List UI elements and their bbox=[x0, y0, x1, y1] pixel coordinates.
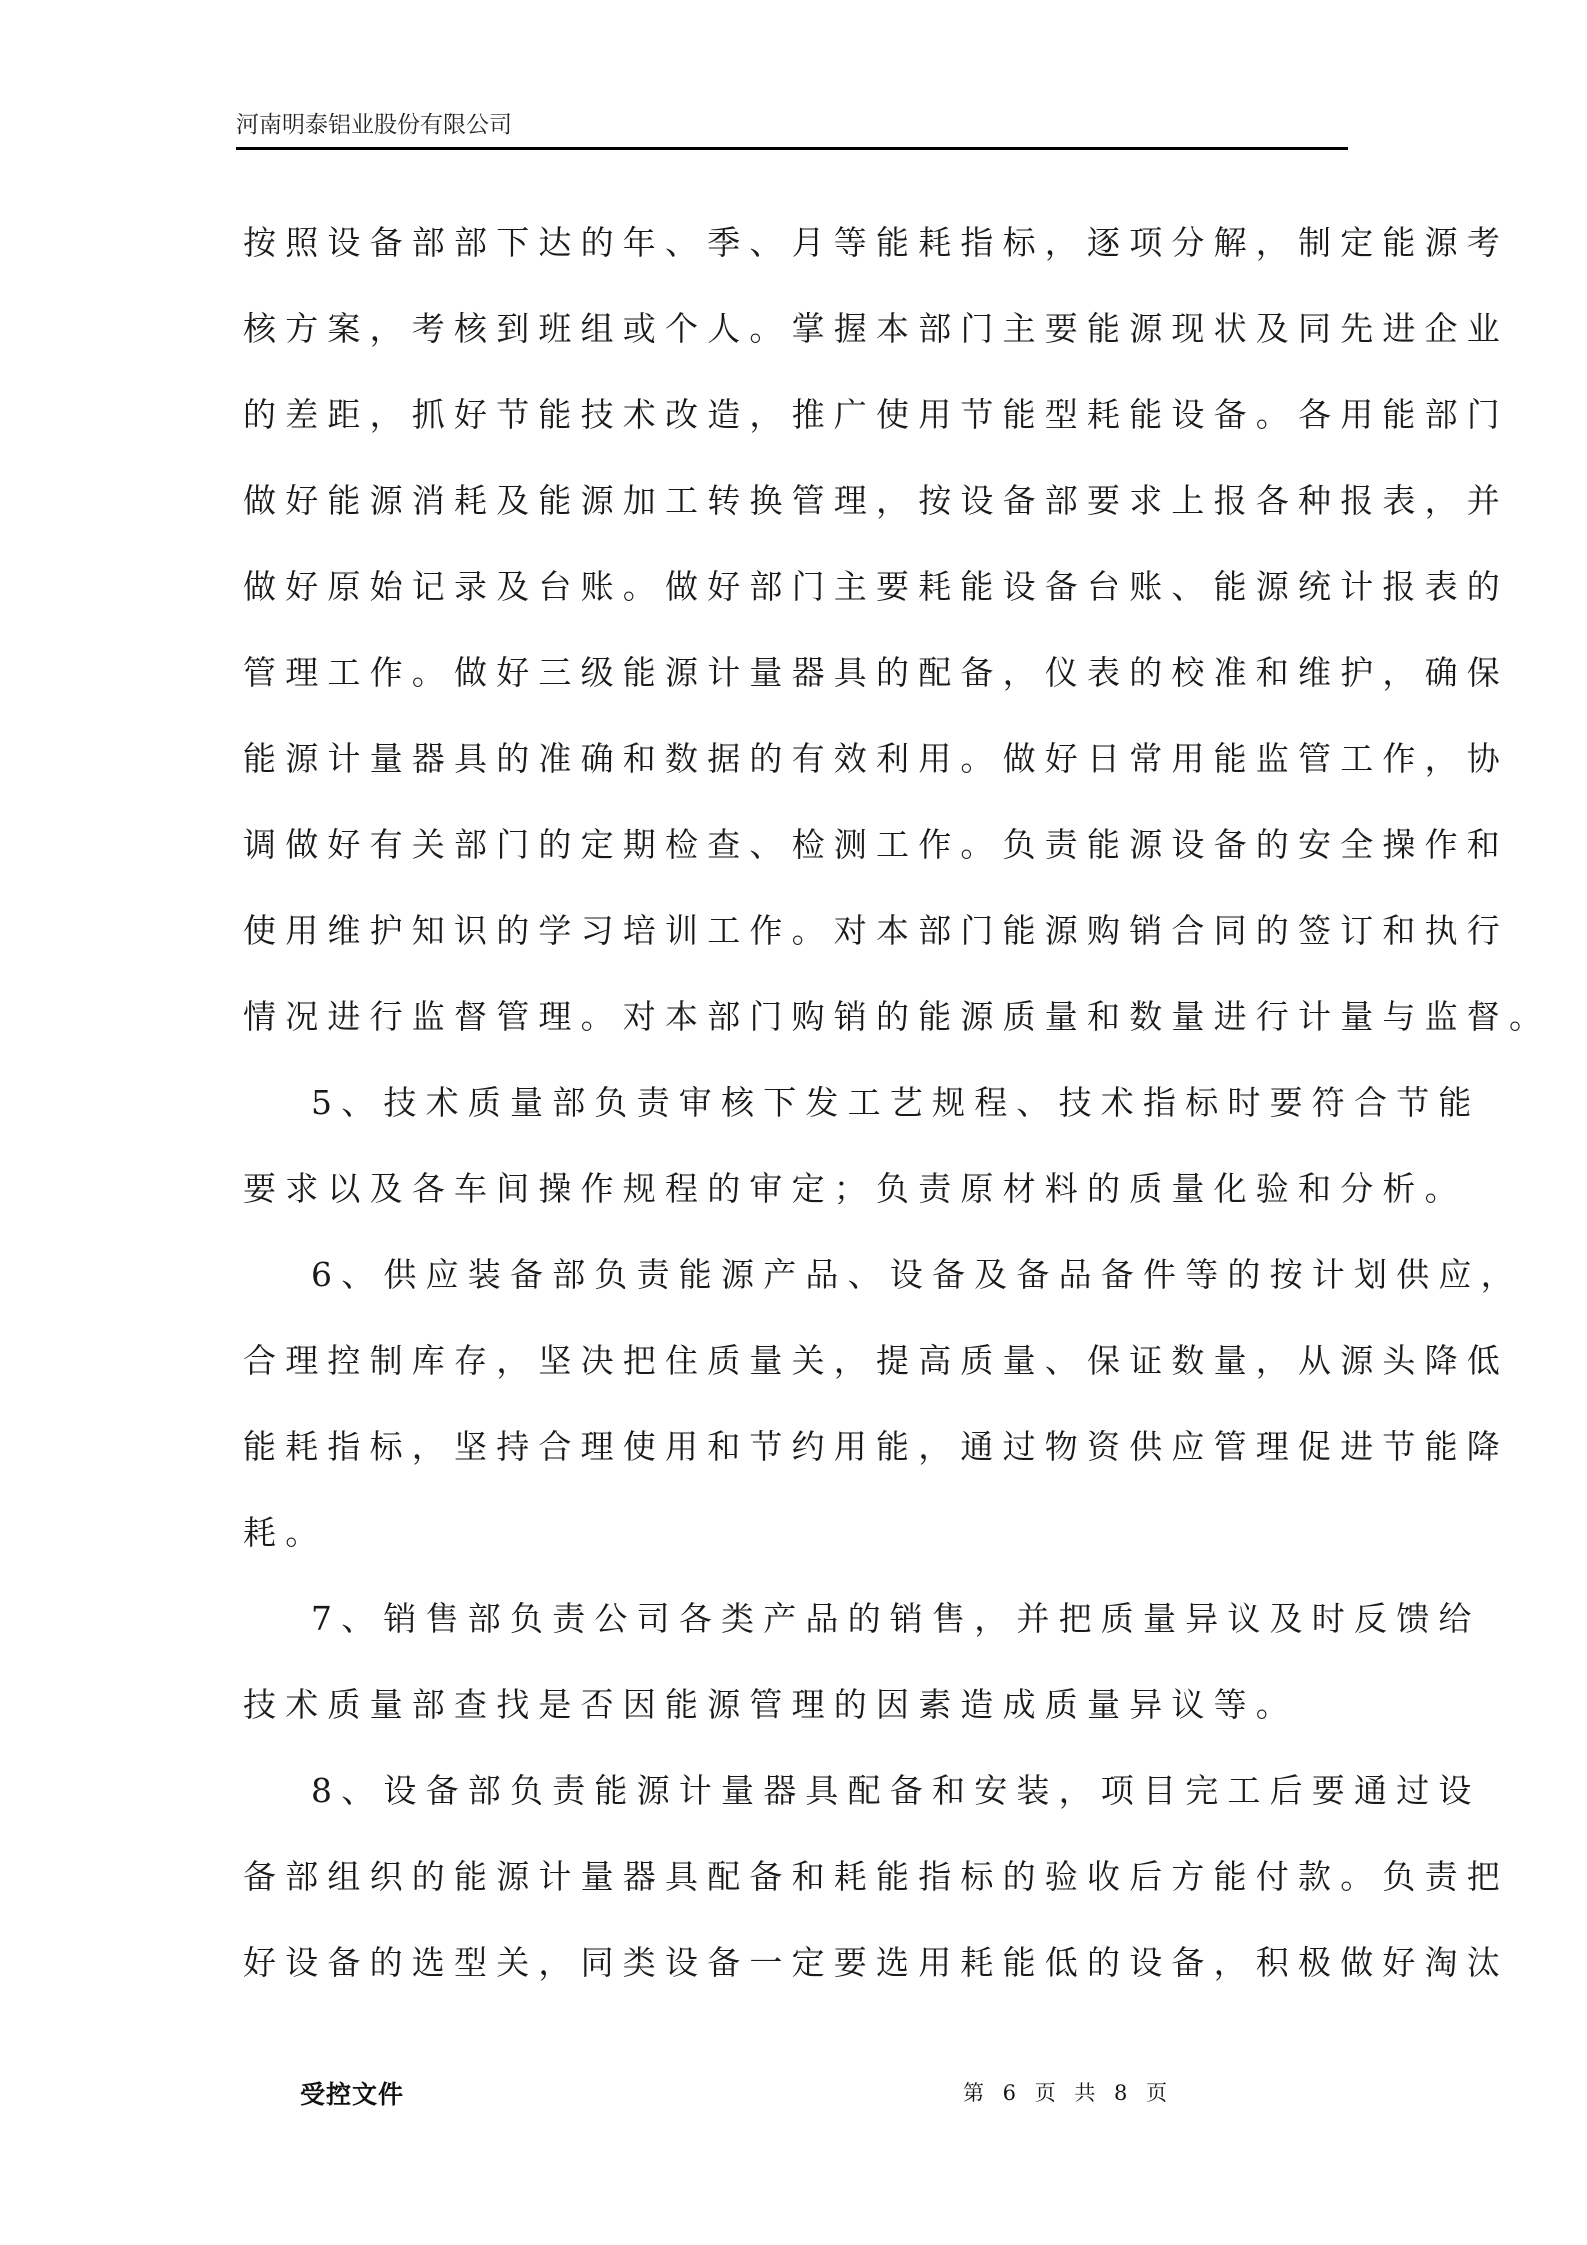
text-line: 技术质量部查找是否因能源管理的因素造成质量异议等。 bbox=[243, 1662, 1368, 1748]
text-line: 的差距，抓好节能技术改造，推广使用节能型耗能设备。各用能部门 bbox=[243, 372, 1368, 458]
page-number: 第 6 页 共 8 页 bbox=[963, 2077, 1173, 2107]
text-line: 管理工作。做好三级能源计量器具的配备，仪表的校准和维护，确保 bbox=[243, 630, 1368, 716]
page-footer: 受控文件 第 6 页 共 8 页 bbox=[0, 2075, 1587, 2115]
page-header: 河南明泰铝业股份有限公司 bbox=[236, 110, 1348, 140]
company-name: 河南明泰铝业股份有限公司 bbox=[236, 110, 1348, 140]
text-line: 好设备的选型关，同类设备一定要选用耗能低的设备，积极做好淘汰 bbox=[243, 1920, 1368, 2006]
text-line: 调做好有关部门的定期检查、检测工作。负责能源设备的安全操作和 bbox=[243, 802, 1368, 888]
text-line: 情况进行监督管理。对本部门购销的能源质量和数量进行计量与监督。 bbox=[243, 974, 1368, 1060]
text-line: 能耗指标，坚持合理使用和节约用能，通过物资供应管理促进节能降 bbox=[243, 1404, 1368, 1490]
item-5-heading-line: 5、技术质量部负责审核下发工艺规程、技术指标时要符合节能 bbox=[243, 1060, 1368, 1146]
text-line: 合理控制库存，坚决把住质量关，提高质量、保证数量，从源头降低 bbox=[243, 1318, 1368, 1404]
header-divider bbox=[236, 147, 1348, 150]
text-line: 能源计量器具的准确和数据的有效利用。做好日常用能监管工作，协 bbox=[243, 716, 1368, 802]
text-line: 要求以及各车间操作规程的审定；负责原材料的质量化验和分析。 bbox=[243, 1146, 1368, 1232]
item-6-heading-line: 6、供应装备部负责能源产品、设备及备品备件等的按计划供应， bbox=[243, 1232, 1368, 1318]
item-7-heading-line: 7、销售部负责公司各类产品的销售，并把质量异议及时反馈给 bbox=[243, 1576, 1368, 1662]
text-line: 核方案，考核到班组或个人。掌握本部门主要能源现状及同先进企业 bbox=[243, 286, 1368, 372]
text-line: 使用维护知识的学习培训工作。对本部门能源购销合同的签订和执行 bbox=[243, 888, 1368, 974]
text-line: 按照设备部部下达的年、季、月等能耗指标，逐项分解，制定能源考 bbox=[243, 200, 1368, 286]
controlled-document-label: 受控文件 bbox=[300, 2075, 404, 2111]
text-line: 备部组织的能源计量器具配备和耗能指标的验收后方能付款。负责把 bbox=[243, 1834, 1368, 1920]
text-line: 耗。 bbox=[243, 1490, 1368, 1576]
text-line: 做好能源消耗及能源加工转换管理，按设备部要求上报各种报表，并 bbox=[243, 458, 1368, 544]
document-body: 按照设备部部下达的年、季、月等能耗指标，逐项分解，制定能源考 核方案，考核到班组… bbox=[243, 200, 1368, 2006]
text-line: 做好原始记录及台账。做好部门主要耗能设备台账、能源统计报表的 bbox=[243, 544, 1368, 630]
item-8-heading-line: 8、设备部负责能源计量器具配备和安装，项目完工后要通过设 bbox=[243, 1748, 1368, 1834]
